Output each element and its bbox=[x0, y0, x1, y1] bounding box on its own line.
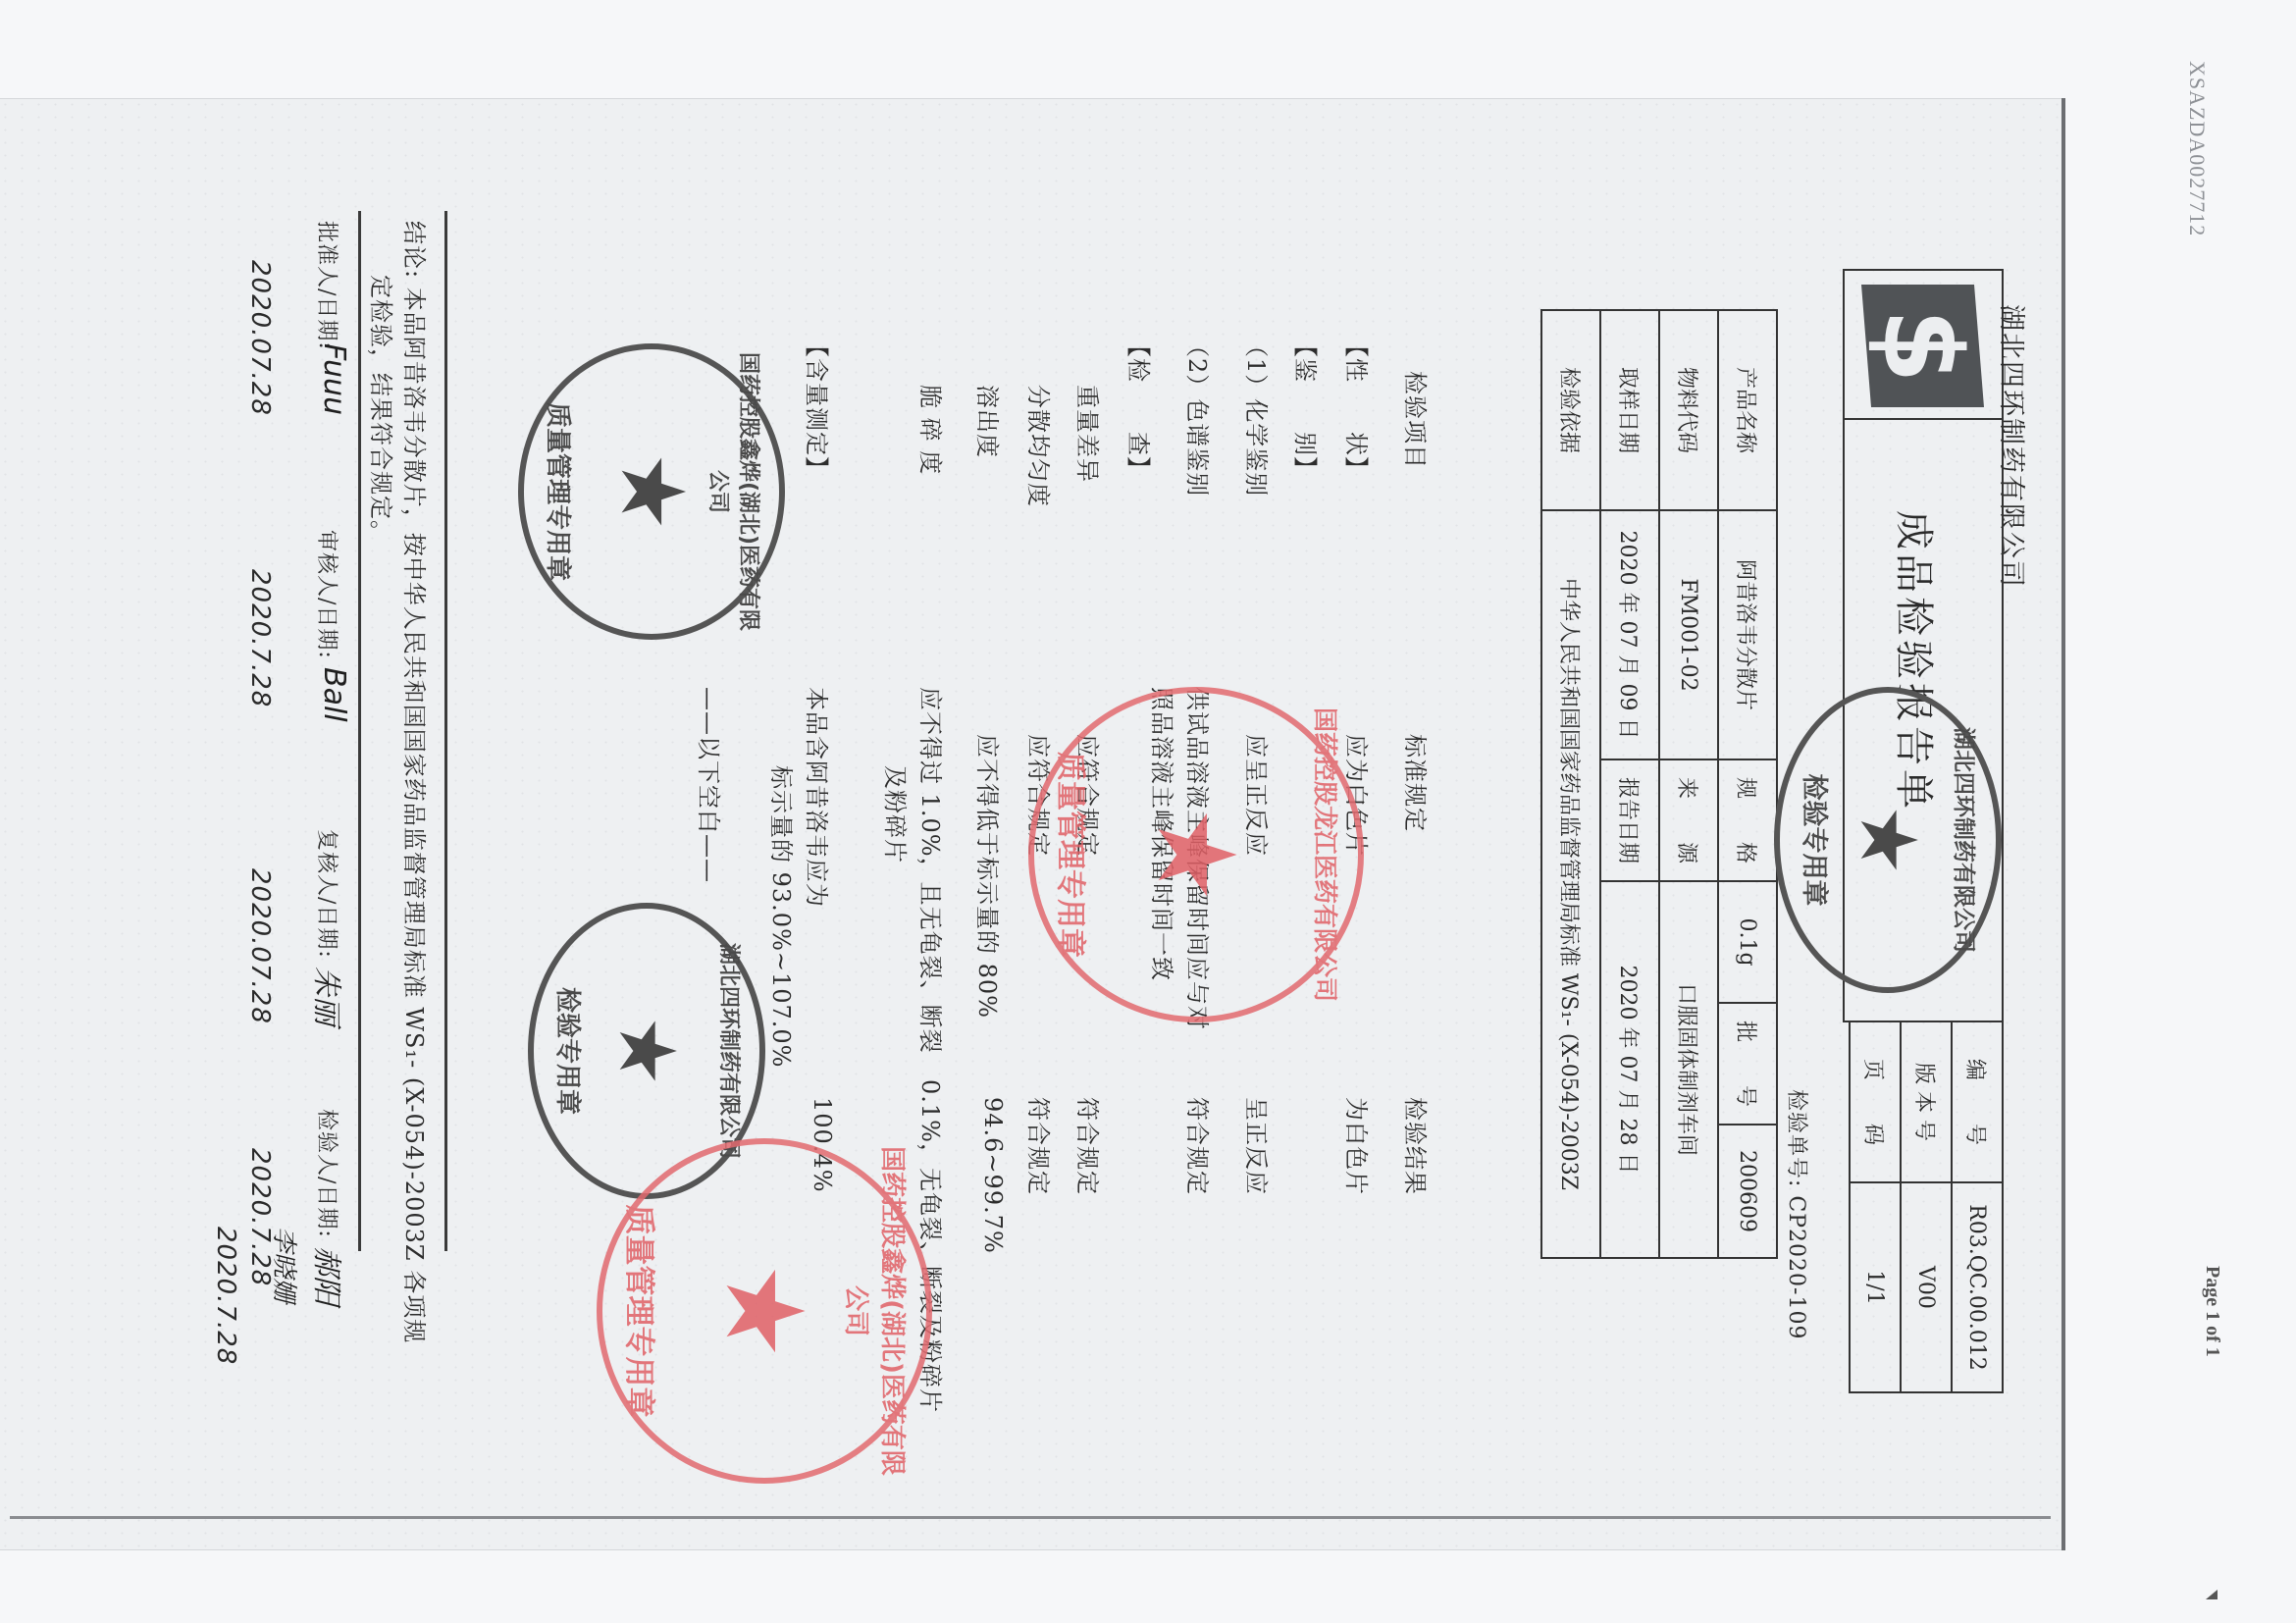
info-value: 2020 年 07 月 09 日 bbox=[1600, 510, 1659, 759]
sheet-edge bbox=[2061, 98, 2065, 1550]
seal-outer-text: 国药控股龙江医药有限公司 bbox=[1309, 693, 1344, 1017]
doc-control-label: 编 号 bbox=[1952, 1021, 2003, 1182]
header-item: 检验项目 bbox=[1400, 371, 1435, 469]
end-marker: ——以下空白—— bbox=[694, 687, 728, 883]
scanned-document-frame: XSAZDA0027712 Page 1 of 1 $ 湖北四环制药有限公司 成… bbox=[0, 0, 2296, 1623]
seal-outer-text: 湖北四环制药有限公司 bbox=[1950, 693, 1982, 987]
info-value: 口服固体制剂车间 bbox=[1659, 881, 1718, 1258]
result-item: 【检 查】 bbox=[1123, 334, 1158, 481]
star-icon: ★ bbox=[1849, 805, 1927, 875]
info-label: 来 源 bbox=[1659, 759, 1718, 881]
signature-label: 审核人/日期: bbox=[313, 530, 343, 659]
info-label: 批 号 bbox=[1718, 1003, 1777, 1125]
official-seal-quality: 国药控股龙江医药有限公司★质量管理专用章 bbox=[1028, 687, 1364, 1022]
report-number-value: CP2020-109 bbox=[1784, 1195, 1808, 1339]
header-standard: 标准规定 bbox=[1400, 734, 1435, 832]
seal-inner-text: 质量管理专用章 bbox=[1052, 693, 1095, 1017]
info-label: 取样日期 bbox=[1600, 310, 1659, 510]
result-item: （2）色谱鉴别 bbox=[1182, 334, 1217, 497]
result-standard-cont: 及粉碎片 bbox=[880, 765, 914, 864]
doc-control-row: 编 号 R03.QC.00.012 bbox=[1952, 1021, 2003, 1392]
signature-handwriting: Fuuu bbox=[317, 343, 351, 415]
doc-control-row: 版 本 号 V00 bbox=[1901, 1021, 1952, 1392]
header-result: 检验结果 bbox=[1400, 1097, 1435, 1195]
info-value: 0.1g bbox=[1718, 881, 1777, 1003]
official-seal-quality: 国药控股鑫烨(湖北)医药有限公司★质量管理专用章 bbox=[518, 343, 785, 640]
result-item: 溶出度 bbox=[972, 385, 1007, 458]
info-label: 规 格 bbox=[1718, 759, 1777, 881]
seal-inner-text: 质量管理专用章 bbox=[620, 1144, 664, 1478]
logo-glyph: $ bbox=[1868, 285, 1984, 407]
corner-mark-icon bbox=[2206, 1590, 2218, 1599]
info-label: 产品名称 bbox=[1718, 310, 1777, 510]
conclusion-label: 结论: bbox=[400, 221, 428, 279]
conclusion-top-rule bbox=[444, 211, 447, 1251]
star-icon: ★ bbox=[607, 452, 696, 532]
info-label: 报告日期 bbox=[1600, 759, 1659, 881]
result-standard: 应不得低于标示量的 80% bbox=[972, 734, 1007, 1019]
info-value: 中华人民共和国国家药品监督管理局标准 WS₁- (X-054)-2003Z bbox=[1541, 510, 1600, 1258]
doc-control-row: 页 码 1/1 bbox=[1850, 1021, 1901, 1392]
signature-date: 2020.07.28 bbox=[245, 260, 275, 416]
signature-date-2: 2020.7.28 bbox=[211, 1227, 240, 1365]
result-standard: 本品含阿昔洛韦应为 bbox=[802, 687, 836, 908]
result-standard: 应不得过 1.0%，且无龟裂、断裂 bbox=[915, 687, 950, 1054]
info-value: 阿昔洛韦分散片 bbox=[1718, 510, 1777, 759]
signature-date: 2020.07.28 bbox=[245, 868, 275, 1024]
signature-handwriting: 郝阳 bbox=[308, 1246, 351, 1305]
info-value: 200609 bbox=[1718, 1125, 1777, 1258]
info-value: FM001-02 bbox=[1659, 510, 1718, 759]
signature-handwriting: Ball bbox=[317, 667, 351, 722]
signature-label: 复核人/日期: bbox=[313, 829, 343, 959]
sheet-edge-right bbox=[10, 1516, 2051, 1519]
report-number-label: 检验单号: bbox=[1784, 1089, 1808, 1187]
star-icon: ★ bbox=[607, 1016, 686, 1086]
doc-control-value: R03.QC.00.012 bbox=[1952, 1182, 2003, 1392]
doc-control-label: 版 本 号 bbox=[1901, 1021, 1952, 1182]
page-indicator: Page 1 of 1 bbox=[2201, 1266, 2223, 1357]
star-icon: ★ bbox=[1142, 807, 1250, 904]
seal-outer-text: 国药控股鑫烨(湖北)医药有限公司 bbox=[840, 1144, 913, 1478]
seal-inner-text: 检验专用章 bbox=[551, 909, 588, 1193]
info-row: 物料代码 FM001-02 来 源 口服固体制剂车间 bbox=[1659, 310, 1718, 1258]
seal-inner-text: 质量管理专用章 bbox=[542, 349, 578, 634]
info-row: 检验依据 中华人民共和国国家药品监督管理局标准 WS₁- (X-054)-200… bbox=[1541, 310, 1600, 1258]
result-value: 呈正反应 bbox=[1241, 1097, 1276, 1195]
result-value: 94.6~99.7% bbox=[979, 1097, 1007, 1254]
conclusion-line-1: 结论: 本品阿昔洛韦分散片，按中华人民共和国国家药品监督管理局标准 WS₁- (… bbox=[399, 221, 434, 1343]
result-item: 分散均匀度 bbox=[1023, 385, 1058, 507]
result-value: 符合规定 bbox=[1072, 1097, 1107, 1195]
info-label: 物料代码 bbox=[1659, 310, 1718, 510]
result-item: （1）化学鉴别 bbox=[1241, 334, 1276, 497]
reference-id: XSAZDA0027712 bbox=[2184, 61, 2210, 236]
result-item: 脆 碎 度 bbox=[915, 385, 950, 475]
report-number: 检验单号: CP2020-109 bbox=[1783, 1089, 1813, 1339]
signature-handwriting-2: 李晓姗 bbox=[268, 1227, 304, 1303]
doc-control-value: 1/1 bbox=[1850, 1182, 1901, 1392]
result-item: 【鉴 别】 bbox=[1290, 334, 1325, 481]
logo-box: $ bbox=[1843, 269, 2004, 420]
doc-control-label: 页 码 bbox=[1850, 1021, 1901, 1182]
result-value: 为白色片 bbox=[1341, 1097, 1376, 1195]
signature-label: 批准人/日期: bbox=[313, 221, 343, 350]
sihuan-logo-icon: $ bbox=[1861, 285, 1984, 407]
seal-inner-text: 检验专用章 bbox=[1798, 693, 1836, 987]
result-value: 符合规定 bbox=[1182, 1097, 1217, 1195]
info-value: 2020 年 07 月 28 日 bbox=[1600, 881, 1659, 1258]
conclusion-bottom-rule bbox=[358, 211, 361, 1251]
conclusion-line-2: 定检验，结果符合规定。 bbox=[366, 275, 400, 545]
signature-date: 2020.7.28 bbox=[245, 569, 275, 707]
signature-label: 检验人/日期: bbox=[313, 1109, 343, 1238]
info-row: 取样日期 2020 年 07 月 09 日 报告日期 2020 年 07 月 2… bbox=[1600, 310, 1659, 1258]
official-seal-quality: 国药控股鑫烨(湖北)医药有限公司★质量管理专用章 bbox=[597, 1138, 932, 1484]
result-item: 重量差异 bbox=[1072, 385, 1107, 483]
result-item: 【性 状】 bbox=[1341, 334, 1376, 481]
conclusion-text: 本品阿昔洛韦分散片，按中华人民共和国国家药品监督管理局标准 WS₁- (X-05… bbox=[400, 288, 428, 1343]
official-seal-inspection: 湖北四环制药有限公司★检验专用章 bbox=[1774, 687, 2002, 993]
star-icon: ★ bbox=[710, 1263, 818, 1360]
result-standard-cont: 标示量的 93.0%~107.0% bbox=[766, 765, 801, 1069]
info-label: 检验依据 bbox=[1541, 310, 1600, 510]
result-item: 【含量测定】 bbox=[802, 334, 836, 481]
seal-outer-text: 国药控股鑫烨(湖北)医药有限公司 bbox=[704, 349, 765, 634]
signature-handwriting: 朱丽 bbox=[308, 967, 351, 1025]
doc-control-table: 编 号 R03.QC.00.012 版 本 号 V00 页 码 1/1 bbox=[1849, 1021, 2004, 1393]
product-info-table: 产品名称 阿昔洛韦分散片 规 格 0.1g 批 号 200609 物料代码 FM… bbox=[1540, 309, 1778, 1259]
doc-control-value: V00 bbox=[1901, 1182, 1952, 1392]
result-value: 符合规定 bbox=[1023, 1097, 1058, 1195]
document-page: XSAZDA0027712 Page 1 of 1 $ 湖北四环制药有限公司 成… bbox=[0, 0, 2296, 1623]
info-row: 产品名称 阿昔洛韦分散片 规 格 0.1g 批 号 200609 bbox=[1718, 310, 1777, 1258]
